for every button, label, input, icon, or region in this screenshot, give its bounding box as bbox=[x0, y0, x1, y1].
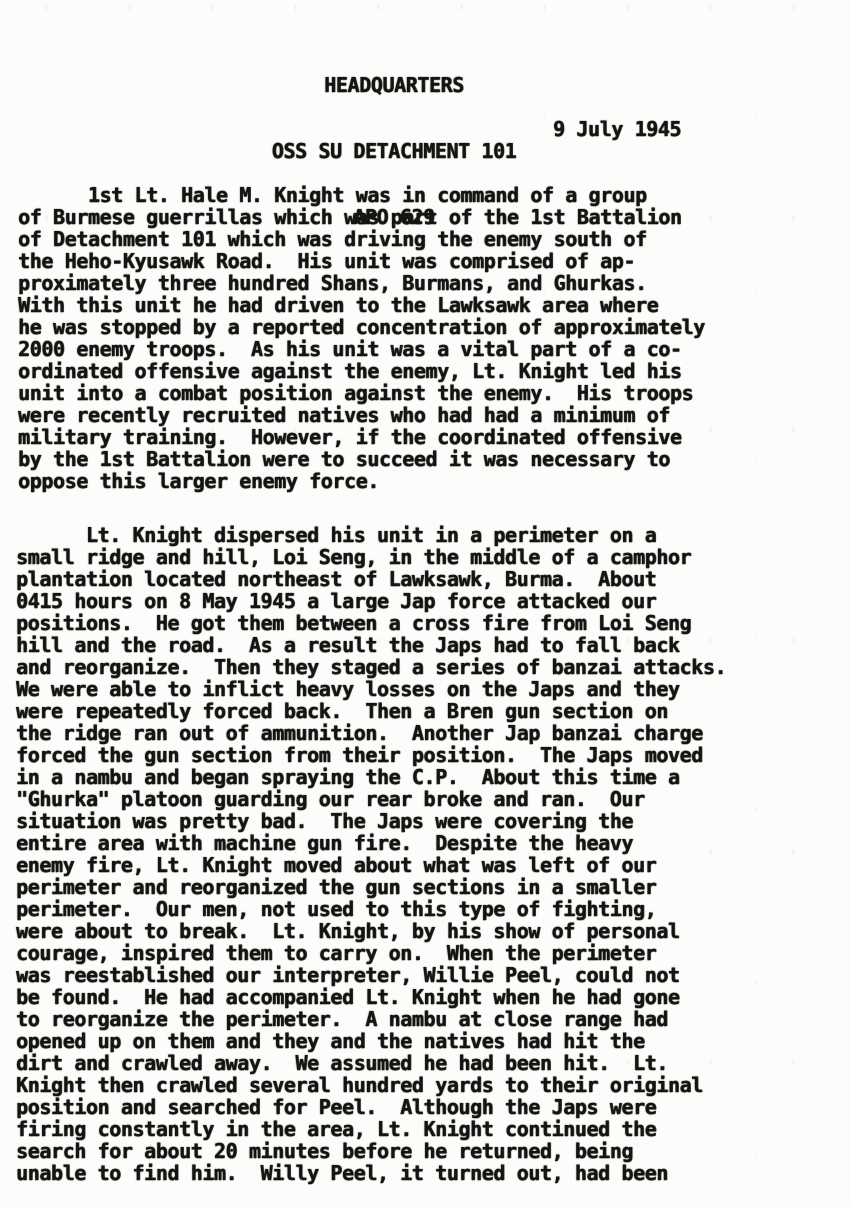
body-paragraph-2: Lt. Knight dispersed his unit in a perim… bbox=[16, 524, 844, 1184]
document-date: 9 July 1945 bbox=[553, 118, 681, 140]
letterhead-org: HEADQUARTERS bbox=[0, 74, 788, 96]
body-paragraph-1: 1st Lt. Hale M. Knight was in command of… bbox=[18, 184, 840, 492]
document-page: HEADQUARTERS OSS SU DETACHMENT 101 APO 6… bbox=[0, 0, 850, 1207]
letterhead-unit: OSS SU DETACHMENT 101 bbox=[0, 140, 788, 162]
